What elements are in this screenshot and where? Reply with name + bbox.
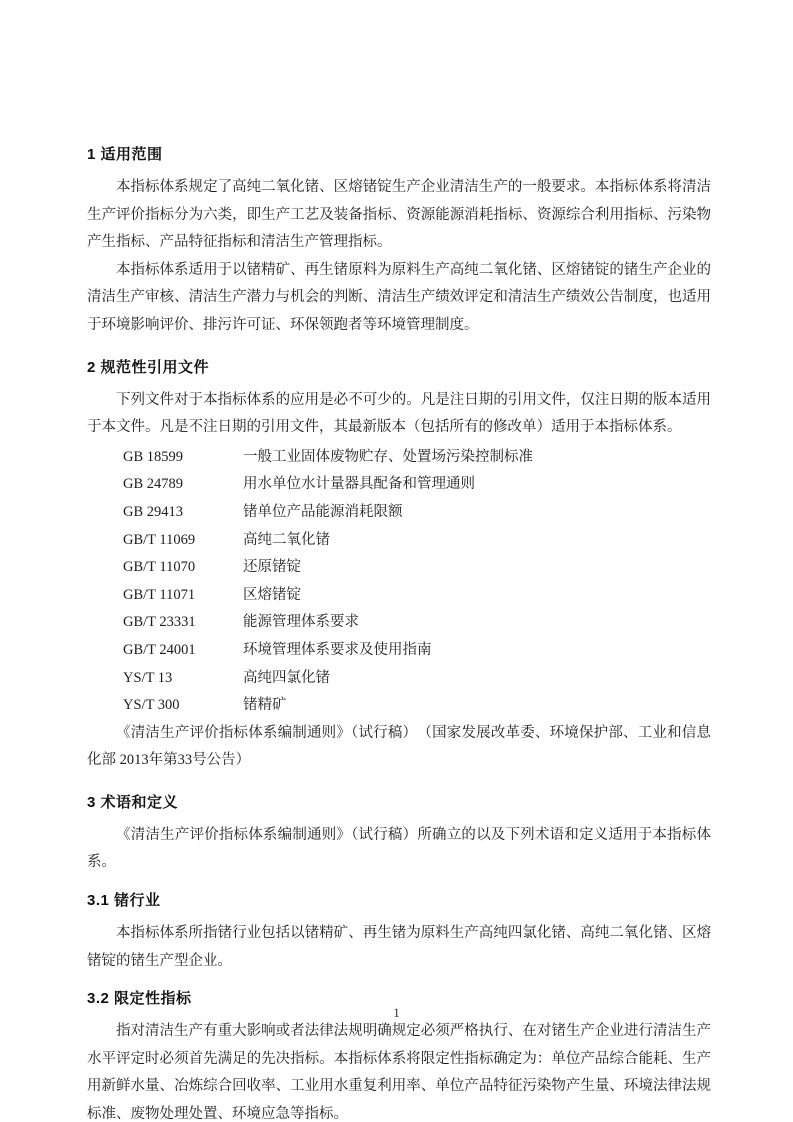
section-3-heading: 3 术语和定义 bbox=[87, 792, 711, 814]
reference-row: YS/T 300 锗精矿 bbox=[87, 692, 711, 720]
reference-title: 锗精矿 bbox=[243, 692, 711, 720]
section-2-note: 《清洁生产评价指标体系编制通则》（试行稿） （国家发展改革委、环境保护部、工业和… bbox=[87, 720, 711, 775]
reference-code: GB/T 11071 bbox=[123, 582, 243, 610]
section-3-2-paragraph: 指对清洁生产有重大影响或者法律法规明确规定必须严格执行、在对锗生产企业进行清洁生… bbox=[87, 1018, 711, 1122]
reference-code: GB/T 24001 bbox=[123, 637, 243, 665]
reference-title: 一般工业固体废物贮存、处置场污染控制标准 bbox=[243, 444, 711, 472]
normative-references-list: GB 18599 一般工业固体废物贮存、处置场污染控制标准 GB 24789 用… bbox=[87, 444, 711, 720]
reference-title: 区熔锗锭 bbox=[243, 582, 711, 610]
reference-row: GB/T 24001 环境管理体系要求及使用指南 bbox=[87, 637, 711, 665]
reference-title: 高纯二氧化锗 bbox=[243, 527, 711, 555]
reference-code: YS/T 300 bbox=[123, 692, 243, 720]
page-content: 1 适用范围 本指标体系规定了高纯二氧化锗、区熔锗锭生产企业清洁生产的一般要求。… bbox=[87, 144, 711, 1122]
reference-row: GB 24789 用水单位水计量器具配备和管理通则 bbox=[87, 471, 711, 499]
section-2-intro: 下列文件对于本指标体系的应用是必不可少的。凡是注日期的引用文件，仅注日期的版本适… bbox=[87, 387, 711, 442]
document-page: 1 适用范围 本指标体系规定了高纯二氧化锗、区熔锗锭生产企业清洁生产的一般要求。… bbox=[0, 0, 793, 1122]
section-1-paragraph-2: 本指标体系适用于以锗精矿、再生锗原料为原料生产高纯二氧化锗、区熔锗锭的锗生产企业… bbox=[87, 257, 711, 340]
reference-title: 用水单位水计量器具配备和管理通则 bbox=[243, 471, 711, 499]
reference-title: 环境管理体系要求及使用指南 bbox=[243, 637, 711, 665]
section-2-heading: 2 规范性引用文件 bbox=[87, 357, 711, 379]
reference-code: GB 29413 bbox=[123, 499, 243, 527]
reference-code: YS/T 13 bbox=[123, 665, 243, 693]
reference-title: 锗单位产品能源消耗限额 bbox=[243, 499, 711, 527]
reference-row: GB 18599 一般工业固体废物贮存、处置场污染控制标准 bbox=[87, 444, 711, 472]
reference-title: 还原锗锭 bbox=[243, 554, 711, 582]
page-number: 1 bbox=[0, 1004, 793, 1022]
section-3-1-heading: 3.1 锗行业 bbox=[87, 890, 711, 912]
section-1-paragraph-1: 本指标体系规定了高纯二氧化锗、区熔锗锭生产企业清洁生产的一般要求。本指标体系将清… bbox=[87, 174, 711, 257]
reference-row: GB/T 11069 高纯二氧化锗 bbox=[87, 527, 711, 555]
reference-row: GB 29413 锗单位产品能源消耗限额 bbox=[87, 499, 711, 527]
reference-row: GB/T 11071 区熔锗锭 bbox=[87, 582, 711, 610]
section-1-heading: 1 适用范围 bbox=[87, 144, 711, 166]
reference-code: GB 24789 bbox=[123, 471, 243, 499]
reference-row: GB/T 23331 能源管理体系要求 bbox=[87, 609, 711, 637]
reference-code: GB/T 11070 bbox=[123, 554, 243, 582]
reference-code: GB/T 23331 bbox=[123, 609, 243, 637]
reference-code: GB/T 11069 bbox=[123, 527, 243, 555]
section-3-1-paragraph: 本指标体系所指锗行业包括以锗精矿、再生锗为原料生产高纯四氯化锗、高纯二氧化锗、区… bbox=[87, 920, 711, 975]
reference-title: 高纯四氯化锗 bbox=[243, 665, 711, 693]
section-3-intro: 《清洁生产评价指标体系编制通则》（试行稿）所确立的以及下列术语和定义适用于本指标… bbox=[87, 822, 711, 877]
reference-code: GB 18599 bbox=[123, 444, 243, 472]
reference-row: GB/T 11070 还原锗锭 bbox=[87, 554, 711, 582]
reference-row: YS/T 13 高纯四氯化锗 bbox=[87, 665, 711, 693]
reference-title: 能源管理体系要求 bbox=[243, 609, 711, 637]
